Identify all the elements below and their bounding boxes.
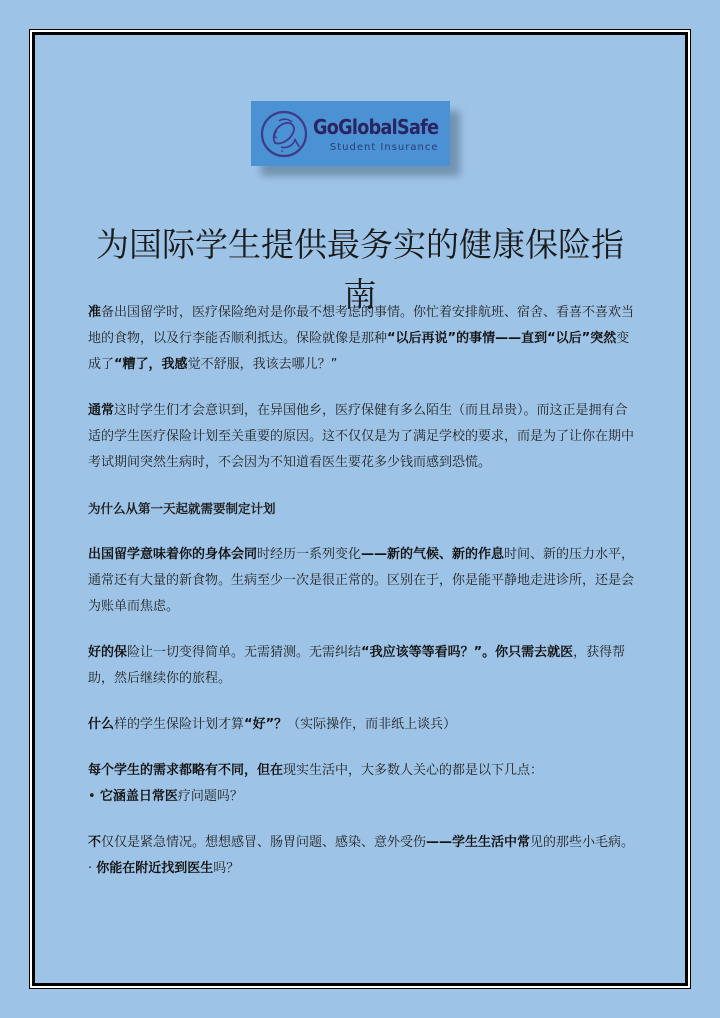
intro-paragraph: 准备出国留学时，医疗保险绝对是你最不想考虑的事情。你忙着安排航班、宿舍、看喜不喜…: [88, 300, 636, 378]
what-plan-text-1: 样的学生保险计划才算: [114, 717, 244, 732]
bullet-marker: •: [88, 789, 96, 804]
bullet1-bold: 它涵盖日常医: [100, 789, 178, 804]
not-only-bold-2: ——学生生活中常: [426, 835, 530, 850]
bullet2-bold: 你能在附近找到医生: [96, 861, 213, 876]
what-plan-heading: 什么样的学生保险计划才算“好”？（实际操作，而非纸上谈兵）: [88, 712, 636, 738]
good-bold-2: “我应该等等看吗？”。你只需去就医: [361, 645, 573, 660]
needs-text: 现实生活中，大多数人关心的都是以下几点：: [283, 763, 543, 778]
needs-bold: 每个学生的需求都略有不同，但在: [88, 763, 283, 778]
intro-bold-3: “糟了，我感: [114, 357, 188, 372]
not-only-text-1: 仅仅是紧急情况。想想感冒、肠胃问题、感染、意外受伤: [101, 835, 426, 850]
needs-paragraph: 每个学生的需求都略有不同，但在现实生活中，大多数人关心的都是以下几点：: [88, 758, 636, 784]
not-only-bold-1: 不: [88, 835, 101, 850]
bullet2-text: 吗？: [213, 861, 239, 876]
what-plan-bold-1: 什么: [88, 717, 114, 732]
logo-brand-name: GoGlobalSafe: [313, 115, 438, 139]
article-body: 准备出国留学时，医疗保险绝对是你最不想考虑的事情。你忙着安排航班、宿舍、看喜不喜…: [88, 300, 636, 882]
what-plan-text-2: （实际操作，而非纸上谈兵）: [287, 717, 456, 732]
bullet-item-daily-care: • 它涵盖日常医疗问题吗？: [88, 784, 636, 810]
abroad-text-1: 时经历一系列变化: [257, 547, 361, 562]
abroad-bold-2: ——新的气候、新的作息: [361, 547, 504, 562]
section-heading-why: 为什么从第一天起就需要制定计划: [88, 496, 636, 522]
not-only-paragraph: 不仅仅是紧急情况。想想感冒、肠胃问题、感染、意外受伤——学生生活中常见的那些小毛…: [88, 830, 636, 856]
logo: GoGlobalSafe Student Insurance: [251, 101, 450, 166]
bullet-item-nearby-doctor: · 你能在附近找到医生吗？: [88, 856, 636, 882]
good-text-1: 险让一切变得简单。无需猜测。无需纠结: [127, 645, 361, 660]
what-plan-bold-2: “好”？: [244, 717, 287, 732]
usually-paragraph: 通常这时学生们才会意识到，在异国他乡，医疗保健有多么陌生（而且昂贵）。而这正是拥…: [88, 398, 636, 476]
bullet1-text: 疗问题吗？: [178, 789, 243, 804]
usually-bold: 通常: [88, 403, 114, 418]
fish-emblem-icon: [259, 109, 309, 159]
bullet-marker: ·: [88, 861, 92, 876]
abroad-paragraph: 出国留学意味着你的身体会同时经历一系列变化——新的气候、新的作息时间、新的压力水…: [88, 542, 636, 620]
intro-bold-1: 准: [88, 305, 101, 320]
abroad-bold-1: 出国留学意味着你的身体会同: [88, 547, 257, 562]
good-insurance-paragraph: 好的保险让一切变得简单。无需猜测。无需纠结“我应该等等看吗？”。你只需去就医，获…: [88, 640, 636, 692]
good-bold-1: 好的保: [88, 645, 127, 660]
intro-bold-2: “以后再说”的事情——直到“以后”突然: [387, 331, 616, 346]
logo-box: GoGlobalSafe Student Insurance: [251, 101, 450, 166]
intro-text-3: 觉不舒服，我该去哪儿？”: [188, 357, 338, 372]
logo-tagline: Student Insurance: [330, 142, 439, 153]
not-only-text-2: 见的那些小毛病。: [530, 835, 634, 850]
usually-text: 这时学生们才会意识到，在异国他乡，医疗保健有多么陌生（而且昂贵）。而这正是拥有合…: [88, 403, 634, 470]
